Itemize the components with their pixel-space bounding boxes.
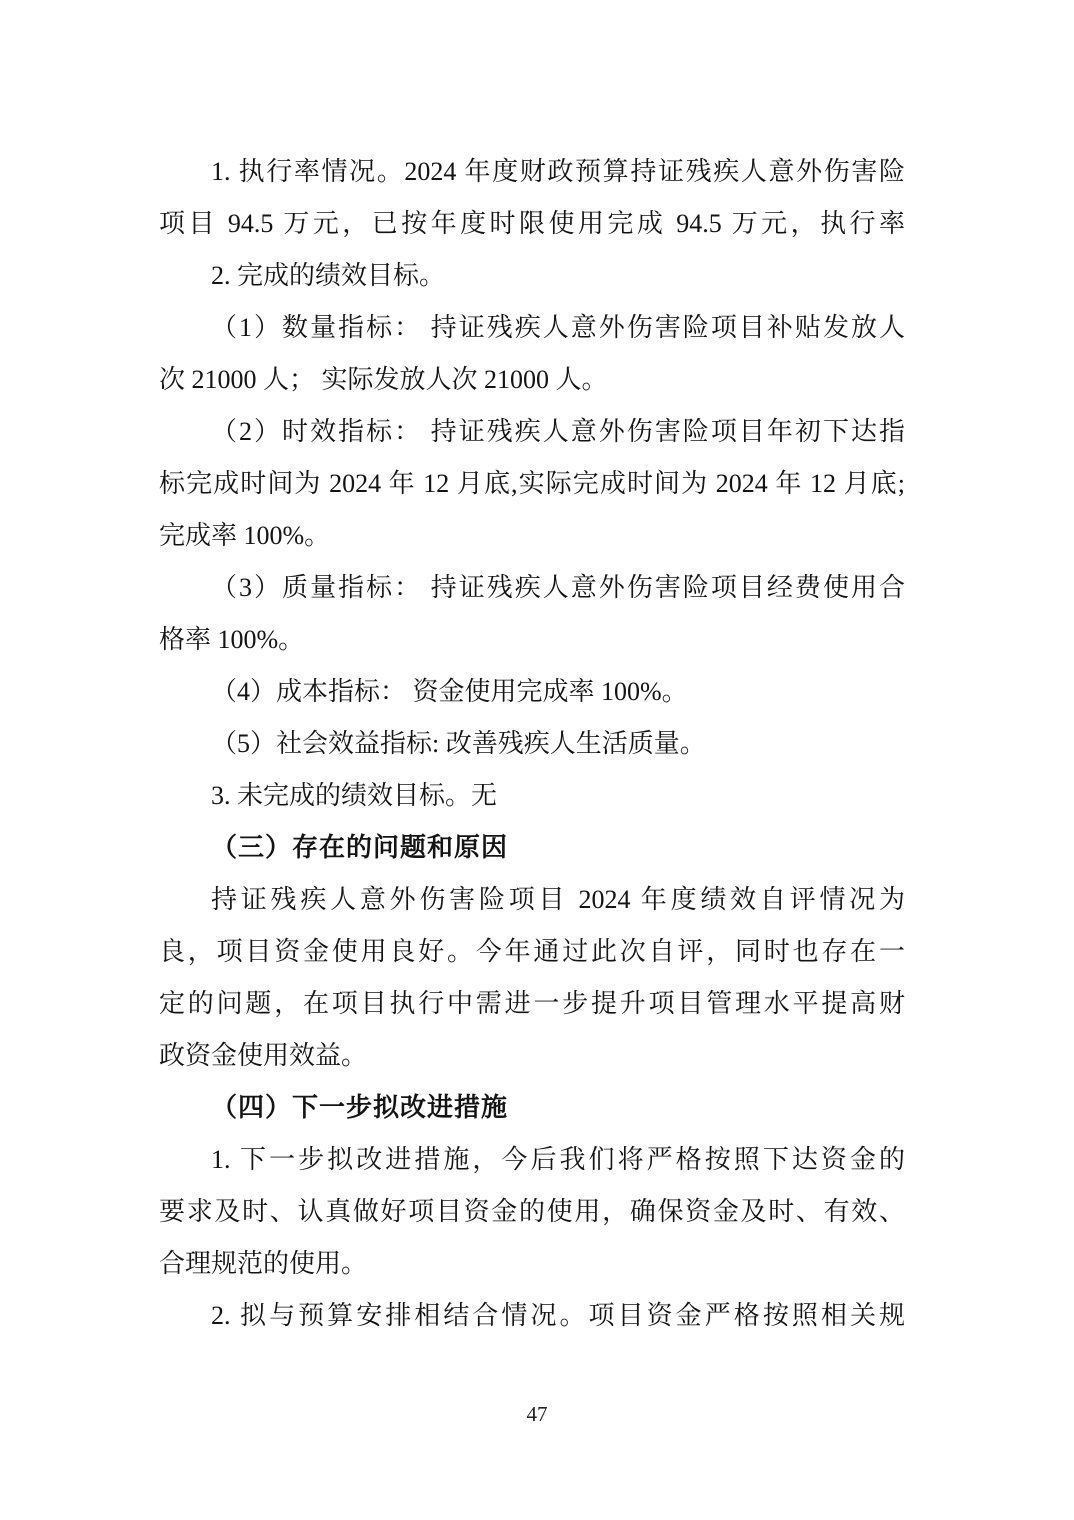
text-line: （2）时效指标： 持证残疾人意外伤害险项目年初下达指 bbox=[159, 406, 905, 458]
text-line: 格率 100%。 bbox=[159, 614, 905, 666]
paragraph: （2）时效指标： 持证残疾人意外伤害险项目年初下达指标完成时间为 2024 年 … bbox=[159, 406, 905, 562]
paragraph: （4）成本指标： 资金使用完成率 100%。 bbox=[159, 666, 905, 718]
section-heading: （三）存在的问题和原因 bbox=[159, 822, 905, 874]
paragraph: 1. 下一步拟改进措施，今后我们将严格按照下达资金的要求及时、认真做好项目资金的… bbox=[159, 1134, 905, 1290]
text-line: 标完成时间为 2024 年 12 月底,实际完成时间为 2024 年 12 月底… bbox=[159, 458, 905, 510]
text-line: （4）成本指标： 资金使用完成率 100%。 bbox=[159, 666, 905, 718]
text-line: 政资金使用效益。 bbox=[159, 1030, 905, 1082]
text-line: 良，项目资金使用良好。今年通过此次自评，同时也存在一 bbox=[159, 926, 905, 978]
text-line: 完成率 100%。 bbox=[159, 510, 905, 562]
text-line: 项目 94.5 万元，已按年度时限使用完成 94.5 万元，执行率 100%。 bbox=[159, 198, 905, 250]
paragraph: （1）数量指标： 持证残疾人意外伤害险项目补贴发放人次 21000 人； 实际发… bbox=[159, 302, 905, 406]
text-line: （三）存在的问题和原因 bbox=[159, 822, 905, 874]
text-line: 2. 拟与预算安排相结合情况。项目资金严格按照相关规 bbox=[159, 1290, 905, 1342]
text-line: （3）质量指标： 持证残疾人意外伤害险项目经费使用合 bbox=[159, 562, 905, 614]
paragraph: 持证残疾人意外伤害险项目 2024 年度绩效自评情况为良，项目资金使用良好。今年… bbox=[159, 874, 905, 1082]
text-line: 2. 完成的绩效目标。 bbox=[159, 250, 905, 302]
text-line: 1. 下一步拟改进措施，今后我们将严格按照下达资金的 bbox=[159, 1134, 905, 1186]
text-line: 合理规范的使用。 bbox=[159, 1238, 905, 1290]
text-line: （5）社会效益指标: 改善残疾人生活质量。 bbox=[159, 718, 905, 770]
text-line: 要求及时、认真做好项目资金的使用，确保资金及时、有效、 bbox=[159, 1186, 905, 1238]
paragraph: （3）质量指标： 持证残疾人意外伤害险项目经费使用合格率 100%。 bbox=[159, 562, 905, 666]
paragraph: 3. 未完成的绩效目标。无 bbox=[159, 770, 905, 822]
paragraph: 2. 完成的绩效目标。 bbox=[159, 250, 905, 302]
text-line: 持证残疾人意外伤害险项目 2024 年度绩效自评情况为 bbox=[159, 874, 905, 926]
paragraph: 2. 拟与预算安排相结合情况。项目资金严格按照相关规 bbox=[159, 1290, 905, 1342]
section-heading: （四）下一步拟改进措施 bbox=[159, 1082, 905, 1134]
page-number: 47 bbox=[527, 1402, 548, 1426]
paragraph: 1. 执行率情况。2024 年度财政预算持证残疾人意外伤害险项目 94.5 万元… bbox=[159, 146, 905, 250]
document-page: 1. 执行率情况。2024 年度财政预算持证残疾人意外伤害险项目 94.5 万元… bbox=[0, 0, 1074, 1520]
page-footer: 47 bbox=[0, 1402, 1074, 1426]
document-body: 1. 执行率情况。2024 年度财政预算持证残疾人意外伤害险项目 94.5 万元… bbox=[159, 146, 905, 1342]
paragraph: （5）社会效益指标: 改善残疾人生活质量。 bbox=[159, 718, 905, 770]
text-line: （1）数量指标： 持证残疾人意外伤害险项目补贴发放人 bbox=[159, 302, 905, 354]
text-line: 定的问题，在项目执行中需进一步提升项目管理水平提高财 bbox=[159, 978, 905, 1030]
text-line: 3. 未完成的绩效目标。无 bbox=[159, 770, 905, 822]
text-line: （四）下一步拟改进措施 bbox=[159, 1082, 905, 1134]
text-line: 次 21000 人； 实际发放人次 21000 人。 bbox=[159, 354, 905, 406]
text-line: 1. 执行率情况。2024 年度财政预算持证残疾人意外伤害险 bbox=[159, 146, 905, 198]
